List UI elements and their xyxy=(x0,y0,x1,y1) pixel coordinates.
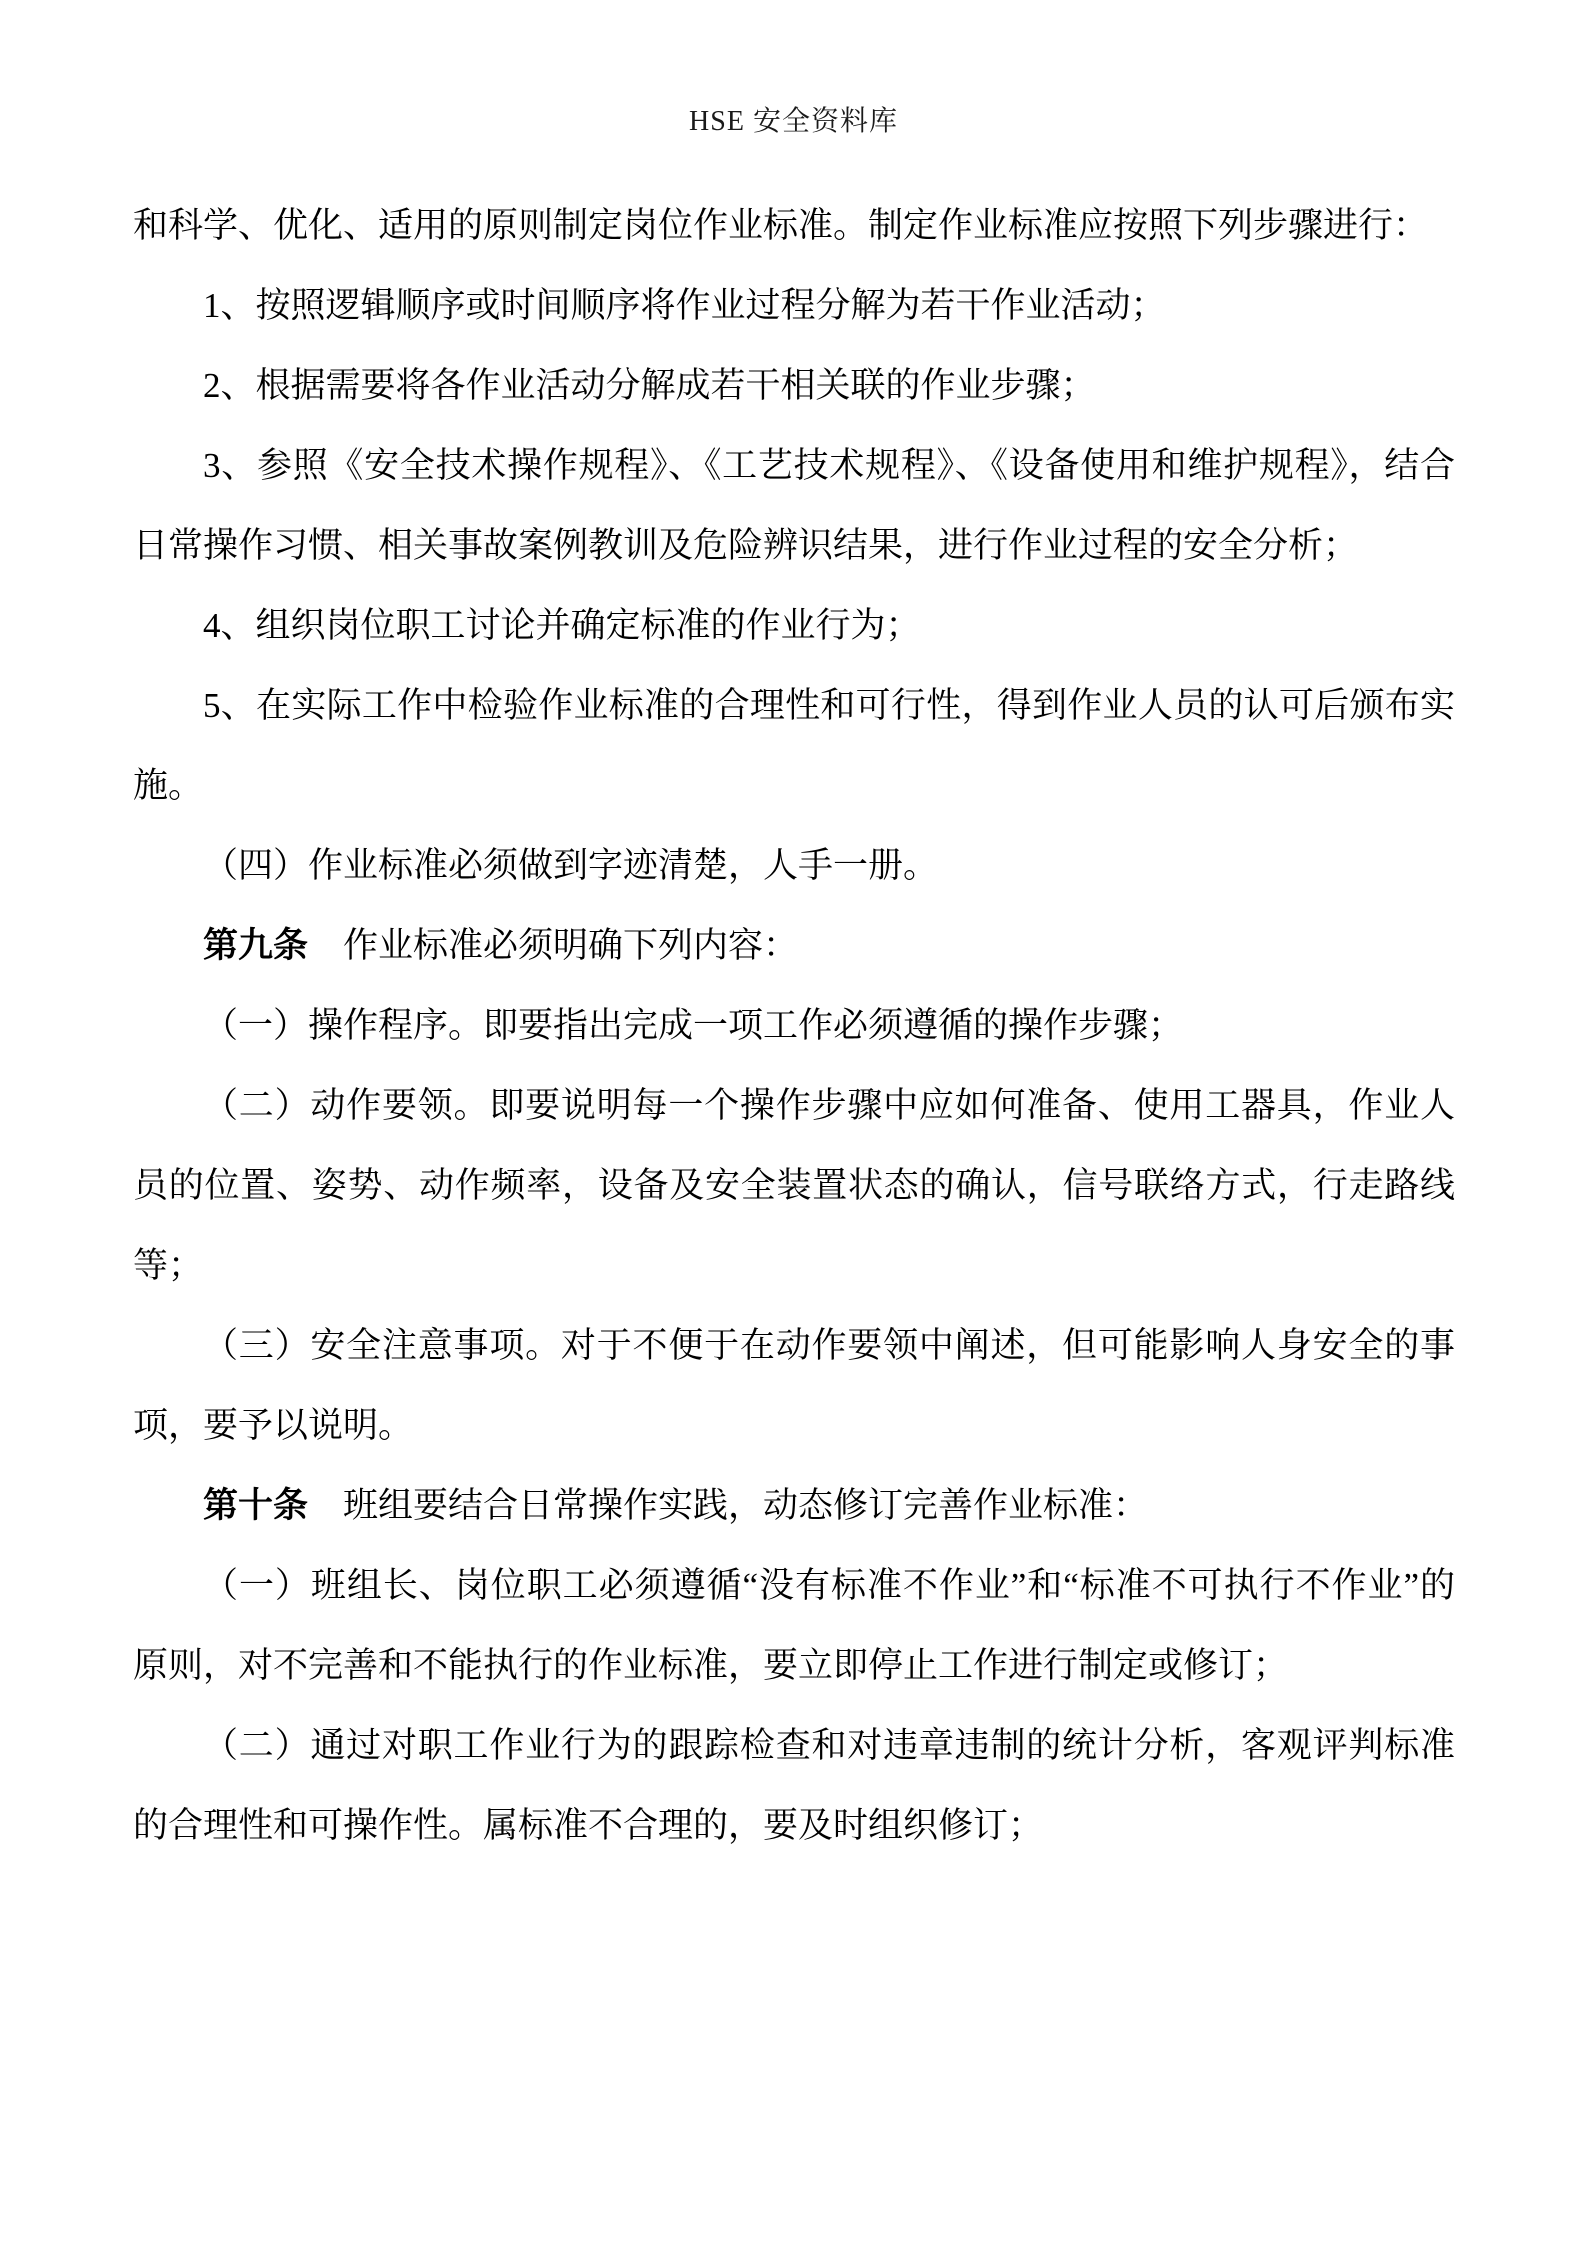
article-number: 第九条 xyxy=(203,926,308,965)
paragraph: 4、组织岗位职工讨论并确定标准的作业行为； xyxy=(133,586,1455,666)
paragraph: 和科学、优化、适用的原则制定岗位作业标准。制定作业标准应按照下列步骤进行： xyxy=(133,186,1455,266)
paragraph-article-9: 第九条 作业标准必须明确下列内容： xyxy=(133,906,1455,986)
paragraph: 5、在实际工作中检验作业标准的合理性和可行性，得到作业人员的认可后颁布实施。 xyxy=(133,666,1455,826)
header-title: HSE 安全资料库 xyxy=(689,106,898,137)
paragraph: 2、根据需要将各作业活动分解成若干相关联的作业步骤； xyxy=(133,346,1455,426)
paragraph: （一）操作程序。即要指出完成一项工作必须遵循的操作步骤； xyxy=(133,986,1455,1066)
paragraph: 3、参照《安全技术操作规程》、《工艺技术规程》、《设备使用和维护规程》，结合日常… xyxy=(133,426,1455,586)
paragraph: 1、按照逻辑顺序或时间顺序将作业过程分解为若干作业活动； xyxy=(133,266,1455,346)
paragraph: （四）作业标准必须做到字迹清楚，人手一册。 xyxy=(133,826,1455,906)
document-page: HSE 安全资料库 和科学、优化、适用的原则制定岗位作业标准。制定作业标准应按照… xyxy=(0,0,1587,2245)
document-body: 和科学、优化、适用的原则制定岗位作业标准。制定作业标准应按照下列步骤进行： 1、… xyxy=(133,186,1455,1866)
paragraph-article-10: 第十条 班组要结合日常操作实践，动态修订完善作业标准： xyxy=(133,1466,1455,1546)
document-header: HSE 安全资料库 xyxy=(0,0,1587,140)
article-number: 第十条 xyxy=(203,1486,308,1525)
paragraph: （二）通过对职工作业行为的跟踪检查和对违章违制的统计分析，客观评判标准的合理性和… xyxy=(133,1706,1455,1866)
paragraph: （一）班组长、岗位职工必须遵循“没有标准不作业”和“标准不可执行不作业”的原则，… xyxy=(133,1546,1455,1706)
paragraph: （二）动作要领。即要说明每一个操作步骤中应如何准备、使用工器具，作业人员的位置、… xyxy=(133,1066,1455,1306)
article-text: 班组要结合日常操作实践，动态修订完善作业标准： xyxy=(308,1486,1148,1525)
article-text: 作业标准必须明确下列内容： xyxy=(308,926,798,965)
paragraph: （三）安全注意事项。对于不便于在动作要领中阐述，但可能影响人身安全的事项，要予以… xyxy=(133,1306,1455,1466)
